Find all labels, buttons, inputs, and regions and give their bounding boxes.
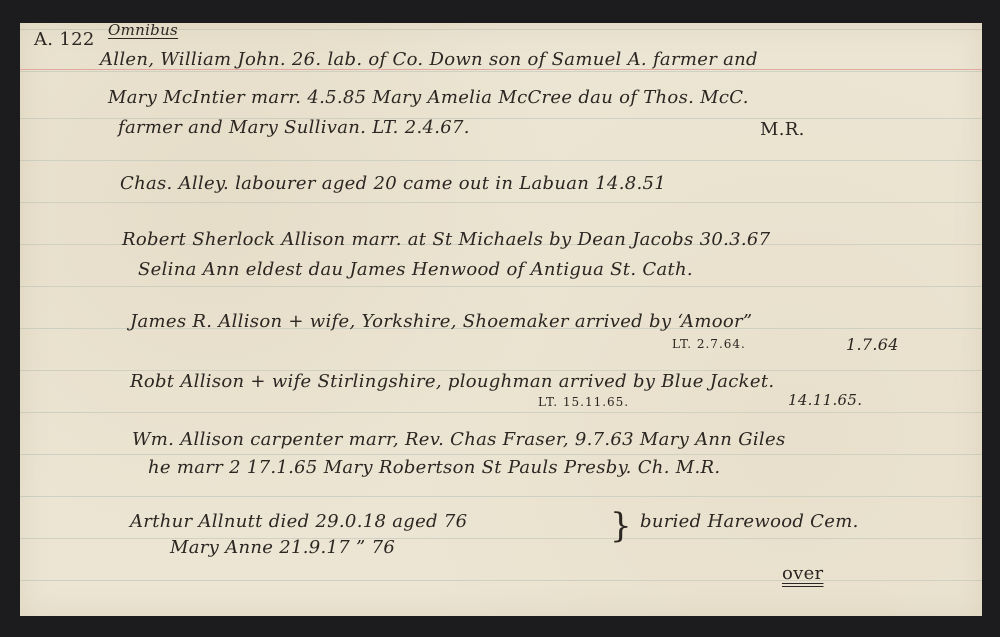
entry-5-line-1: Robt Allison + wife Stirlingshire, ploug… xyxy=(130,371,774,392)
entry-4-lt-date: LT. 2.7.64. xyxy=(672,337,746,351)
entry-3-line-1: Robert Sherlock Allison marr. at St Mich… xyxy=(122,229,770,250)
entry-6-line-2: he marr 2 17.1.65 Mary Robertson St Paul… xyxy=(148,457,720,478)
over-note: over xyxy=(782,563,823,584)
entry-1-line-1: Allen, William John. 26. lab. of Co. Dow… xyxy=(100,49,758,70)
index-card: A. 122 Omnibus Allen, William John. 26. … xyxy=(20,23,982,616)
entry-1-line-2: Mary McIntier marr. 4.5.85 Mary Amelia M… xyxy=(108,87,749,108)
entry-5-arrival-date: 14.11.65. xyxy=(788,391,862,409)
entry-4-line-1: James R. Allison + wife, Yorkshire, Shoe… xyxy=(130,311,752,332)
entry-1-mr: M.R. xyxy=(760,119,805,140)
card-reference: A. 122 xyxy=(34,29,95,50)
entry-6-line-1: Wm. Allison carpenter marr, Rev. Chas Fr… xyxy=(132,429,785,450)
entry-3-line-2: Selina Ann eldest dau James Henwood of A… xyxy=(138,259,693,280)
entry-2-line-1: Chas. Alley. labourer aged 20 came out i… xyxy=(120,173,666,194)
entry-4-arrival-date: 1.7.64 xyxy=(846,335,899,354)
card-heading: Omnibus xyxy=(108,21,178,39)
entry-7-burial: buried Harewood Cem. xyxy=(640,511,859,532)
entry-7-line-1: Arthur Allnutt died 29.0.18 aged 76 xyxy=(130,511,467,532)
brace-symbol: } xyxy=(610,509,632,543)
entry-1-line-3: farmer and Mary Sullivan. LT. 2.4.67. xyxy=(118,117,470,138)
entry-7-line-2: Mary Anne 21.9.17 ” 76 xyxy=(170,537,395,558)
entry-5-lt-date: LT. 15.11.65. xyxy=(538,395,629,409)
